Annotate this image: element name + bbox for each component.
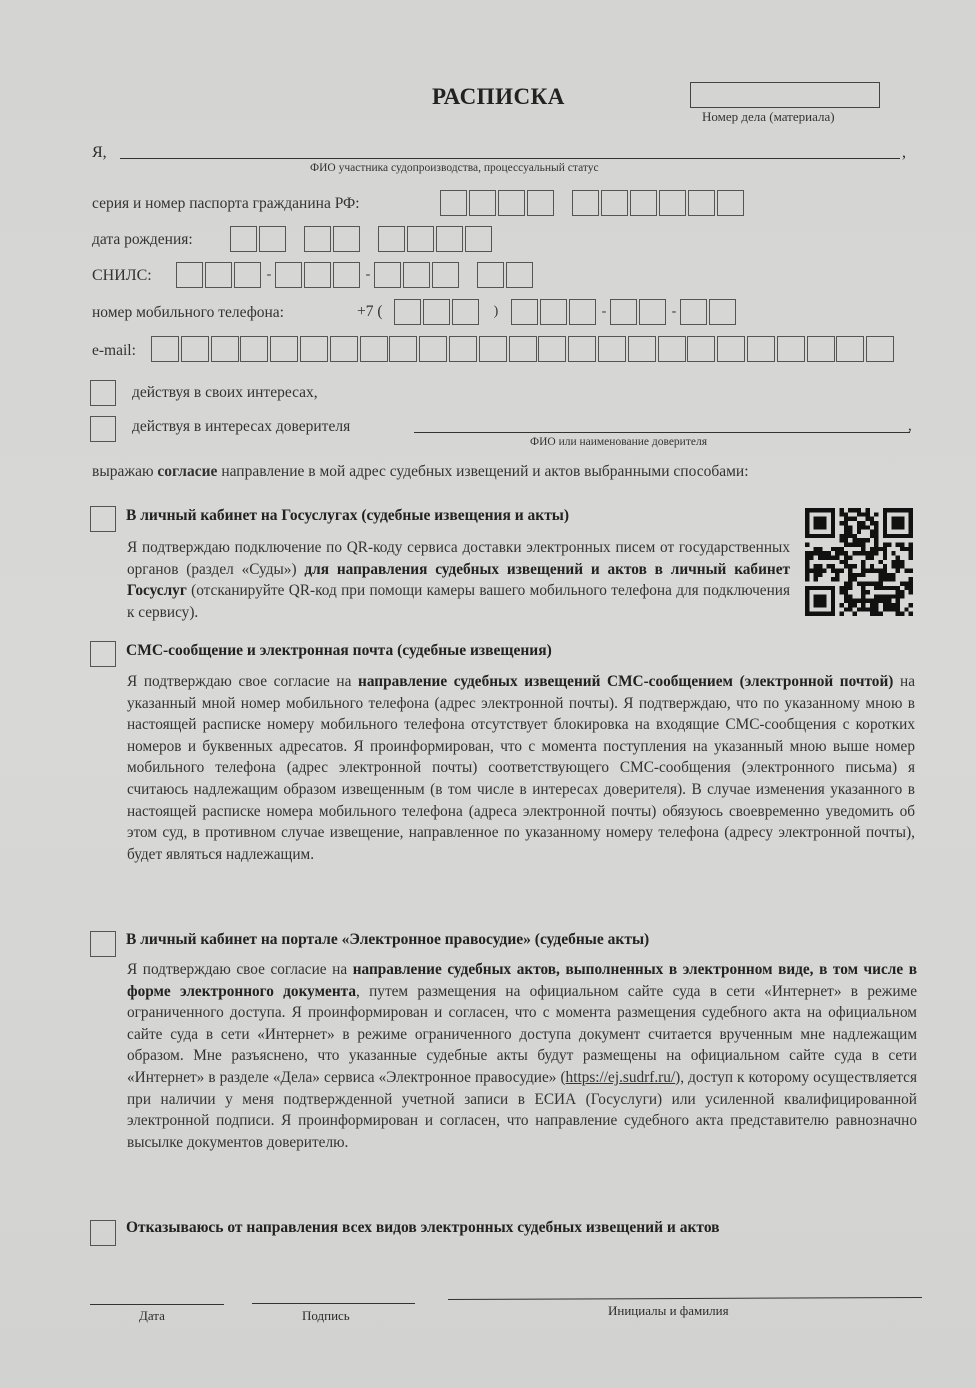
char-cell[interactable] [572, 190, 599, 216]
email-field[interactable] [151, 336, 896, 362]
char-cell[interactable] [230, 226, 257, 252]
ya-label: Я, [92, 144, 107, 162]
own-interest-label: действуя в своих интересах, [132, 384, 318, 402]
option-sms-text: Я подтверждаю свое согласие на направлен… [127, 671, 915, 865]
consent-intro-suffix: направление в мой адрес судебных извещен… [217, 463, 748, 480]
char-cell[interactable] [866, 336, 894, 362]
text-run: Я подтверждаю свое согласие на [127, 673, 358, 690]
option-ejustice-checkbox[interactable] [90, 931, 116, 957]
char-cell[interactable] [449, 336, 477, 362]
char-cell[interactable] [511, 299, 538, 325]
option-refuse-title: Отказываюсь от направления всех видов эл… [126, 1219, 720, 1237]
own-interest-checkbox[interactable] [90, 380, 116, 406]
char-cell[interactable] [687, 336, 715, 362]
consent-intro: выражаю согласие направление в мой адрес… [92, 463, 749, 481]
option-gosuslugi-title: В личный кабинет на Госуслугах (судебные… [126, 507, 569, 525]
char-cell[interactable] [151, 336, 179, 362]
char-cell[interactable] [479, 336, 507, 362]
char-cell[interactable] [639, 299, 666, 325]
group-gap [288, 226, 304, 252]
phone-number-cells[interactable]: -- [511, 299, 738, 325]
snils-label: СНИЛС: [92, 267, 152, 285]
char-cell[interactable] [330, 336, 358, 362]
char-cell[interactable] [389, 336, 417, 362]
option-gosuslugi-text: Я подтверждаю подключение по QR-коду сер… [127, 537, 790, 623]
char-cell[interactable] [423, 299, 450, 325]
fio-caption: ФИО участника судопроизводства, процессу… [310, 162, 599, 174]
principal-caption: ФИО или наименование доверителя [530, 436, 707, 448]
char-cell[interactable] [538, 336, 566, 362]
passport-field[interactable] [440, 190, 746, 216]
text-run: Я подтверждаю свое согласие на [127, 961, 353, 978]
case-number-label: Номер дела (материала) [702, 109, 835, 125]
char-cell[interactable] [378, 226, 405, 252]
char-cell[interactable] [527, 190, 554, 216]
char-cell[interactable] [300, 336, 328, 362]
principal-interest-checkbox[interactable] [90, 416, 116, 442]
char-cell[interactable] [506, 262, 533, 288]
group-gap [362, 226, 378, 252]
date-field[interactable] [90, 1304, 224, 1305]
separator: - [263, 262, 275, 288]
char-cell[interactable] [304, 226, 331, 252]
char-cell[interactable] [436, 226, 463, 252]
consent-intro-prefix: выражаю [92, 463, 157, 480]
case-number-field[interactable] [690, 82, 880, 108]
group-gap [461, 262, 477, 288]
char-cell[interactable] [747, 336, 775, 362]
signature-label: Подпись [302, 1308, 350, 1324]
char-cell[interactable] [333, 262, 360, 288]
principal-name-field[interactable] [414, 432, 910, 433]
document-page: РАСПИСКА Номер дела (материала) Я, , ФИО… [0, 0, 976, 1388]
char-cell[interactable] [181, 336, 209, 362]
char-cell[interactable] [333, 226, 360, 252]
fio-comma: , [902, 144, 906, 162]
fio-field[interactable] [120, 158, 900, 159]
char-cell[interactable] [540, 299, 567, 325]
char-cell[interactable] [469, 190, 496, 216]
name-field[interactable] [448, 1297, 922, 1300]
ejustice-link[interactable]: https://ej.sudrf.ru/ [566, 1069, 676, 1086]
char-cell[interactable] [628, 336, 656, 362]
option-ejustice-title: В личный кабинет на портале «Электронное… [126, 931, 649, 949]
char-cell[interactable] [211, 336, 239, 362]
separator: - [362, 262, 374, 288]
text-run: (отсканируйте QR-код при помощи камеры в… [127, 582, 790, 621]
consent-intro-bold: согласие [157, 463, 217, 480]
char-cell[interactable] [498, 190, 525, 216]
char-cell[interactable] [509, 336, 537, 362]
passport-label: серия и номер паспорта гражданина РФ: [92, 195, 360, 213]
char-cell[interactable] [234, 262, 261, 288]
char-cell[interactable] [630, 190, 657, 216]
phone-label: номер мобильного телефона: [92, 304, 284, 322]
char-cell[interactable] [403, 262, 430, 288]
date-label: Дата [139, 1308, 165, 1324]
email-label: e-mail: [92, 342, 136, 360]
separator: - [598, 299, 610, 325]
document-title: РАСПИСКА [432, 84, 565, 110]
char-cell[interactable] [836, 336, 864, 362]
char-cell[interactable] [709, 299, 736, 325]
char-cell[interactable] [717, 190, 744, 216]
option-ejustice-text: Я подтверждаю свое согласие на направлен… [127, 959, 917, 1153]
char-cell[interactable] [807, 336, 835, 362]
principal-interest-label: действуя в интересах доверителя [132, 418, 350, 436]
char-cell[interactable] [259, 226, 286, 252]
phone-field[interactable]: )-- [394, 299, 738, 325]
snils-field[interactable]: -- [176, 262, 535, 288]
char-cell[interactable] [304, 262, 331, 288]
char-cell[interactable] [270, 336, 298, 362]
char-cell[interactable] [610, 299, 637, 325]
char-cell[interactable] [419, 336, 447, 362]
name-label: Инициалы и фамилия [608, 1303, 729, 1319]
char-cell[interactable] [568, 336, 596, 362]
char-cell[interactable] [432, 262, 459, 288]
char-cell[interactable] [477, 262, 504, 288]
char-cell[interactable] [658, 336, 686, 362]
option-sms-title: СМС-сообщение и электронная почта (судеб… [126, 642, 552, 660]
char-cell[interactable] [601, 190, 628, 216]
char-cell[interactable] [240, 336, 268, 362]
qr-code-icon[interactable] [805, 508, 913, 616]
option-sms-checkbox[interactable] [90, 641, 116, 667]
char-cell[interactable] [688, 190, 715, 216]
birth-date-field[interactable] [230, 226, 494, 252]
char-cell[interactable] [360, 336, 388, 362]
phone-close-paren: ) [481, 299, 511, 325]
text-run: на указанный мной номер мобильного телеф… [127, 673, 915, 863]
char-cell[interactable] [777, 336, 805, 362]
char-cell[interactable] [659, 190, 686, 216]
option-refuse-checkbox[interactable] [90, 1220, 116, 1246]
char-cell[interactable] [394, 299, 421, 325]
char-cell[interactable] [680, 299, 707, 325]
char-cell[interactable] [440, 190, 467, 216]
char-cell[interactable] [717, 336, 745, 362]
char-cell[interactable] [275, 262, 302, 288]
char-cell[interactable] [452, 299, 479, 325]
char-cell[interactable] [465, 226, 492, 252]
principal-comma: , [908, 418, 912, 435]
text-run: направление судебных извещений СМС-сообщ… [358, 673, 893, 690]
phone-prefix: +7 ( [357, 303, 383, 321]
birth-date-label: дата рождения: [92, 231, 193, 249]
char-cell[interactable] [407, 226, 434, 252]
separator: - [668, 299, 680, 325]
char-cell[interactable] [176, 262, 203, 288]
char-cell[interactable] [205, 262, 232, 288]
signature-field[interactable] [252, 1303, 415, 1304]
char-cell[interactable] [374, 262, 401, 288]
group-gap [556, 190, 572, 216]
option-gosuslugi-checkbox[interactable] [90, 506, 116, 532]
char-cell[interactable] [598, 336, 626, 362]
char-cell[interactable] [569, 299, 596, 325]
